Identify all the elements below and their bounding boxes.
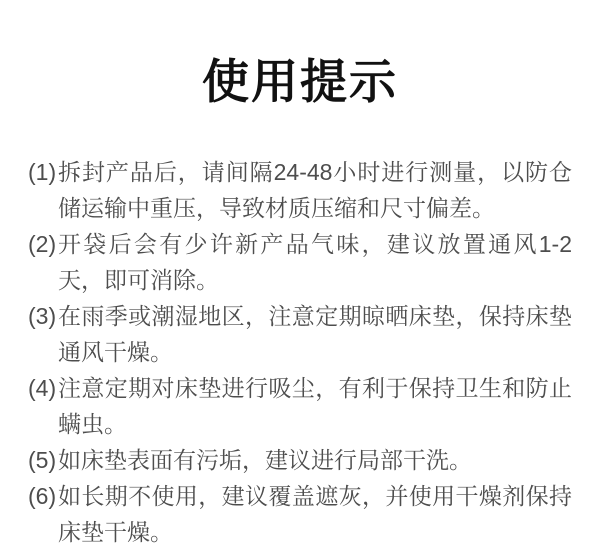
tip-number: (4): [28, 370, 58, 406]
tip-text: 如长期不使用，建议覆盖遮灰，并使用干燥剂保持床垫干燥。: [58, 478, 572, 550]
tip-number: (1): [28, 154, 58, 190]
tip-number: (5): [28, 442, 58, 478]
tip-text: 注意定期对床垫进行吸尘，有利于保持卫生和防止螨虫。: [58, 370, 572, 442]
tip-item-5: (5) 如床垫表面有污垢，建议进行局部干洗。: [28, 442, 572, 478]
tip-item-6: (6) 如长期不使用，建议覆盖遮灰，并使用干燥剂保持床垫干燥。: [28, 478, 572, 550]
tip-text: 在雨季或潮湿地区，注意定期晾晒床垫，保持床垫通风干燥。: [58, 298, 572, 370]
tip-number: (6): [28, 478, 58, 514]
tip-item-1: (1) 拆封产品后，请间隔24-48小时进行测量，以防仓储运输中重压，导致材质压…: [28, 154, 572, 226]
tip-text: 开袋后会有少许新产品气味，建议放置通风1-2天，即可消除。: [58, 226, 572, 298]
tip-number: (2): [28, 226, 58, 262]
tip-number: (3): [28, 298, 58, 334]
usage-tips-page: 使用提示 (1) 拆封产品后，请间隔24-48小时进行测量，以防仓储运输中重压，…: [0, 0, 600, 553]
tips-list: (1) 拆封产品后，请间隔24-48小时进行测量，以防仓储运输中重压，导致材质压…: [0, 154, 600, 550]
tip-item-3: (3) 在雨季或潮湿地区，注意定期晾晒床垫，保持床垫通风干燥。: [28, 298, 572, 370]
tip-item-4: (4) 注意定期对床垫进行吸尘，有利于保持卫生和防止螨虫。: [28, 370, 572, 442]
page-title: 使用提示: [0, 0, 600, 108]
tip-item-2: (2) 开袋后会有少许新产品气味，建议放置通风1-2天，即可消除。: [28, 226, 572, 298]
tip-text: 拆封产品后，请间隔24-48小时进行测量，以防仓储运输中重压，导致材质压缩和尺寸…: [58, 154, 572, 226]
tip-text: 如床垫表面有污垢，建议进行局部干洗。: [58, 442, 572, 478]
